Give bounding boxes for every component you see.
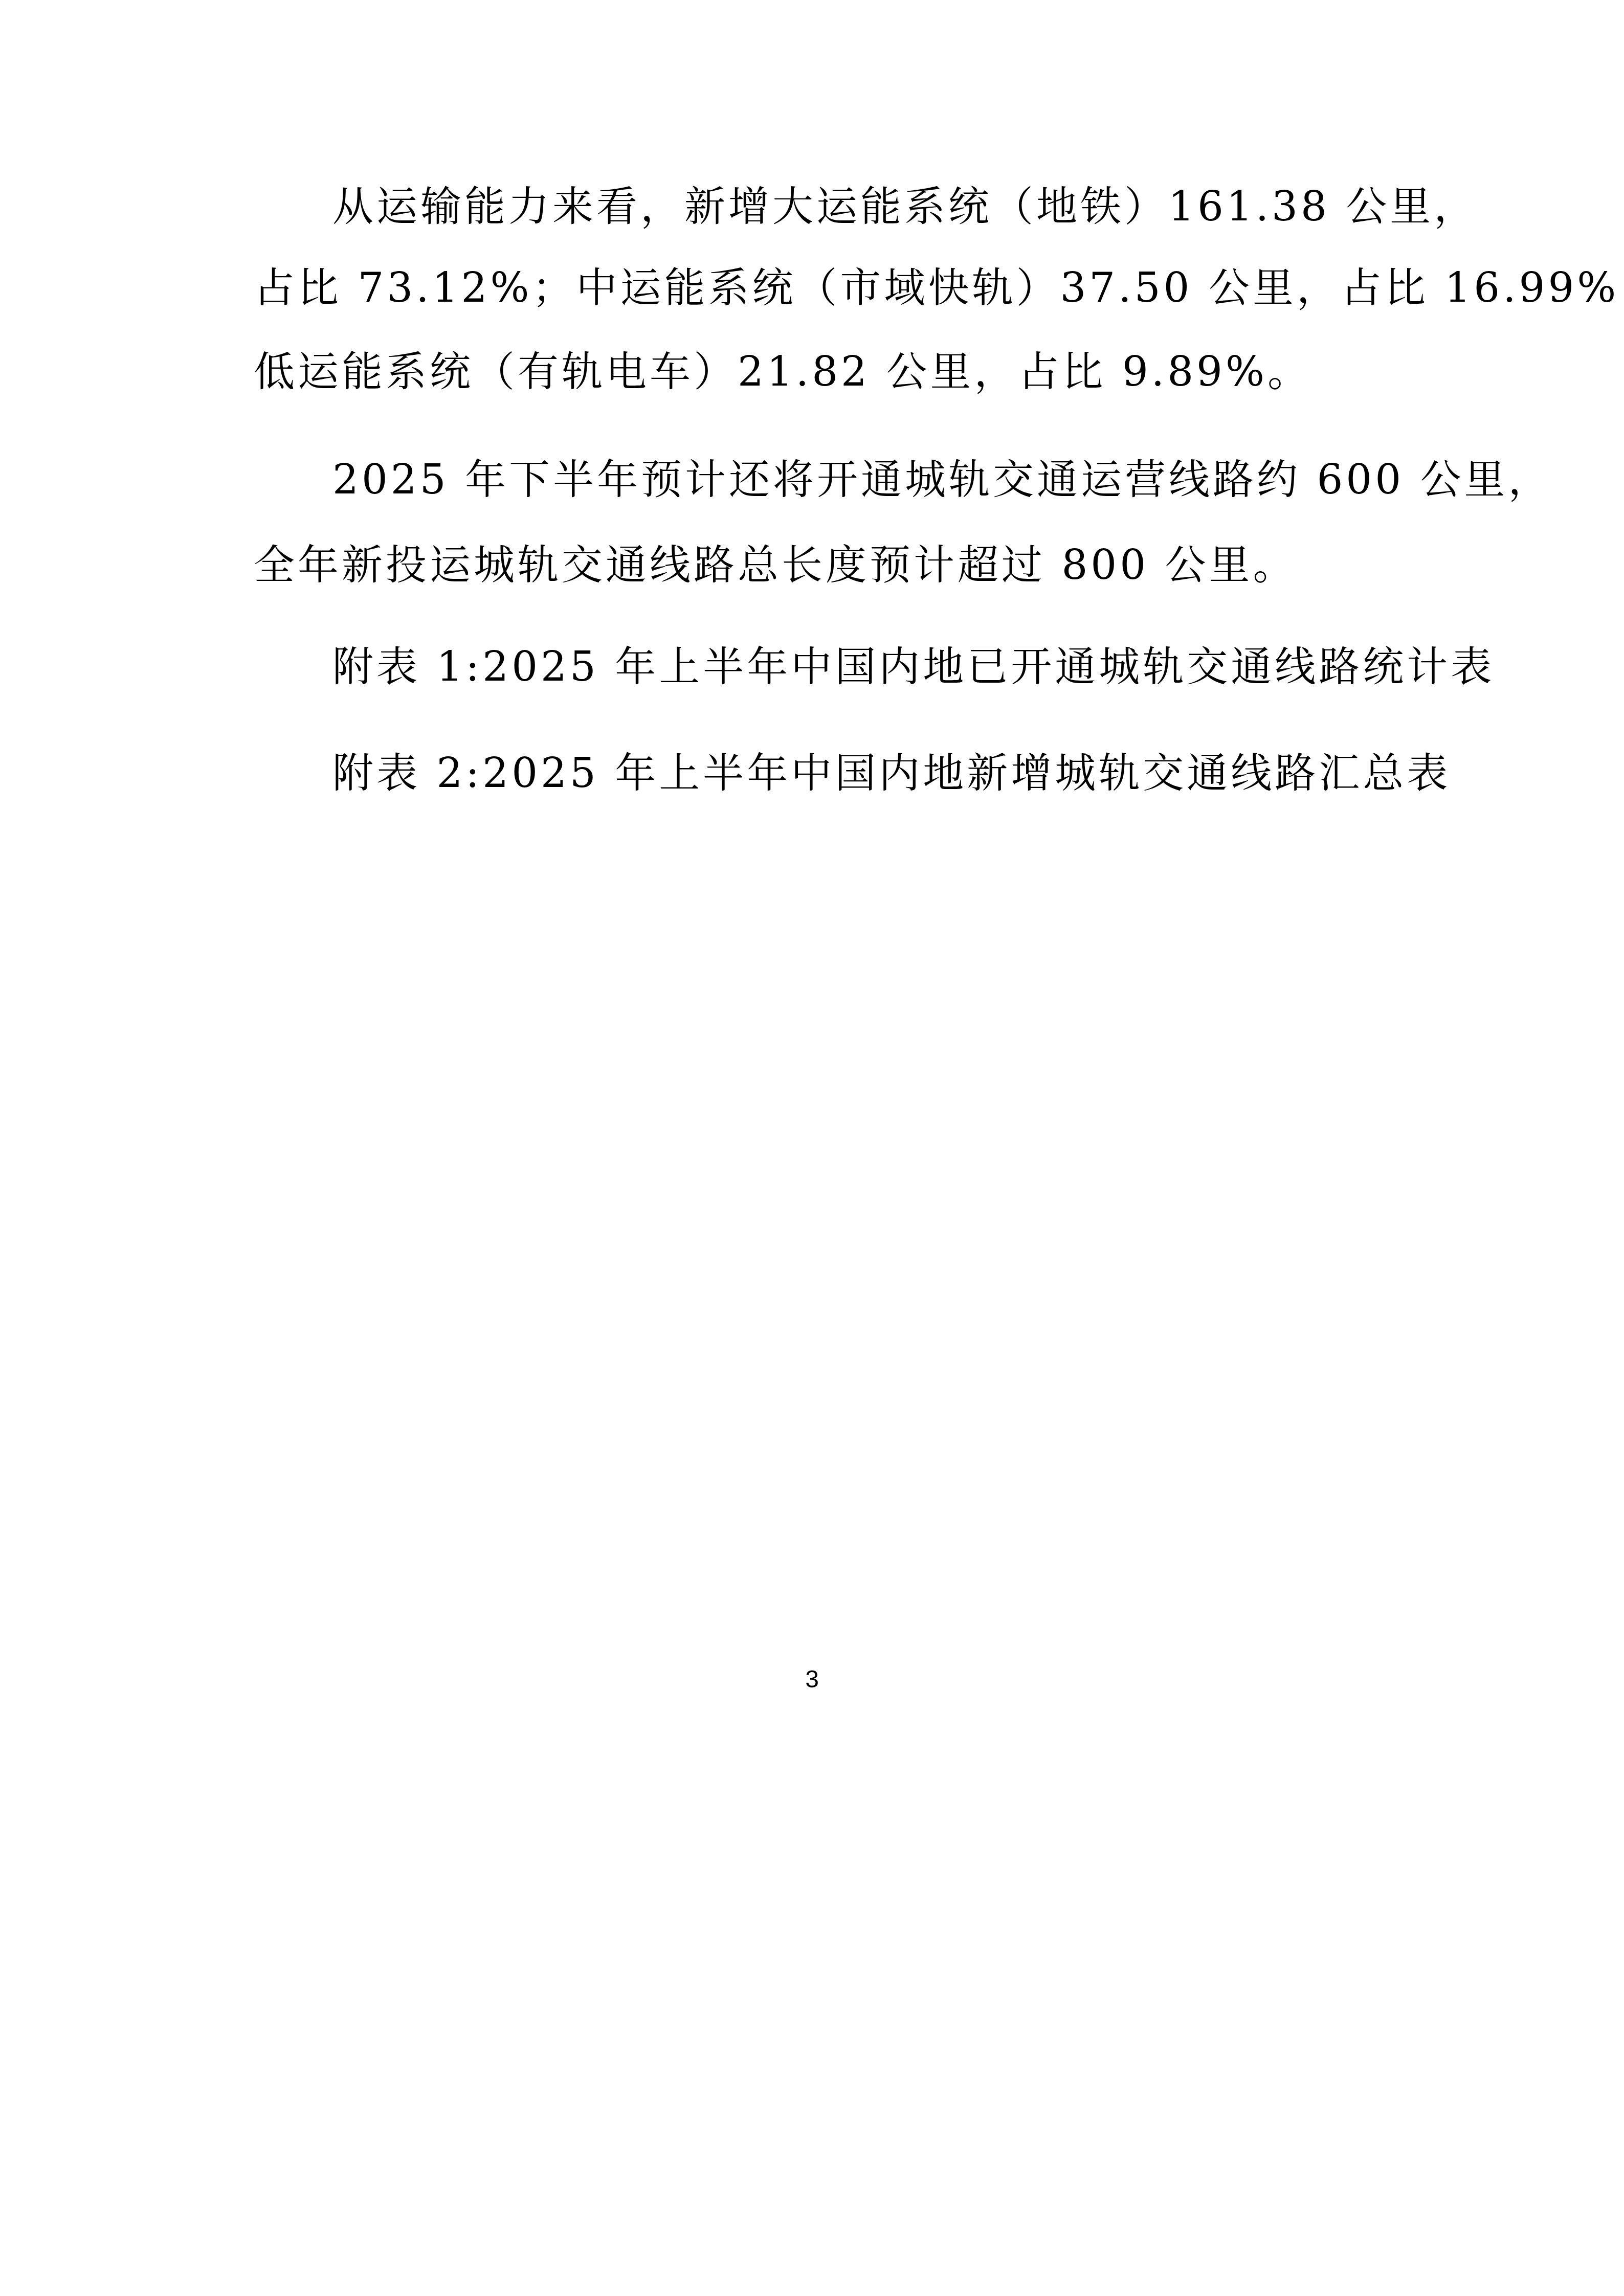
paragraph-line: 2025 年下半年预计还将开通城轨交通运营线路约 600 公里， xyxy=(332,454,1473,505)
paragraph-line: 从运输能力来看，新增大运能系统（地铁）161.38 公里， xyxy=(332,181,1473,232)
attachment-item-2: 附表 2:2025 年上半年中国内地新增城轨交通线路汇总表 xyxy=(332,748,1473,799)
page-number: 3 xyxy=(0,1664,1624,1695)
paragraph-line: 全年新投运城轨交通线路总长度预计超过 800 公里。 xyxy=(254,539,1394,591)
attachment-item-1: 附表 1:2025 年上半年中国内地已开通城轨交通线路统计表 xyxy=(332,641,1473,692)
document-page: 从运输能力来看，新增大运能系统（地铁）161.38 公里， 占比 73.12%；… xyxy=(0,0,1624,2296)
paragraph-line: 占比 73.12%；中运能系统（市域快轨）37.50 公里，占比 16.99%； xyxy=(254,262,1394,313)
paragraph-line: 低运能系统（有轨电车）21.82 公里，占比 9.89%。 xyxy=(254,346,1394,397)
